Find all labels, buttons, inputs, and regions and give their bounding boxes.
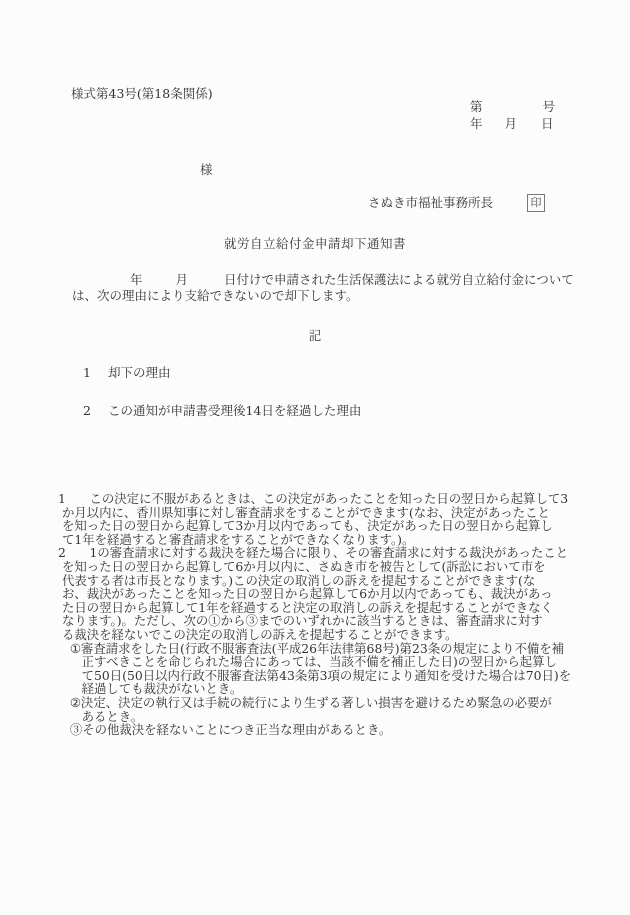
item-label: 却下の理由 bbox=[108, 365, 171, 380]
seal-stamp-box: 印 bbox=[527, 194, 545, 212]
document-number-line: 第 号 bbox=[470, 100, 555, 114]
document-number-blank bbox=[483, 100, 543, 114]
body-paragraph-line1: 年 月 日付けで申請された生活保護法による就労自立給付金について bbox=[130, 273, 574, 287]
body-year-blank bbox=[143, 273, 176, 287]
notice-delay-reason-item: 2この通知が申請書受理後14日を経過した理由 bbox=[83, 404, 361, 418]
issuer-title: さぬき市福祉事務所長 bbox=[368, 196, 493, 210]
item-number: 1 bbox=[83, 366, 108, 380]
appeal-instructions-notes: 1 この決定に不服があるときは、この決定があったことを知った日の翌日から起算して… bbox=[58, 492, 624, 737]
issue-date-line: 年 月 日 bbox=[470, 117, 554, 131]
record-marker: 記 bbox=[0, 329, 630, 343]
rejection-reason-item: 1却下の理由 bbox=[83, 366, 171, 380]
body-paragraph-line2: は、次の理由により支給できないので却下します。 bbox=[72, 289, 359, 303]
document-number-suffix: 号 bbox=[543, 100, 556, 114]
document-number-prefix: 第 bbox=[470, 100, 483, 114]
month-label: 月 bbox=[505, 117, 518, 131]
day-label: 日 bbox=[541, 117, 554, 131]
month-blank bbox=[517, 117, 541, 131]
body-month-label: 月 bbox=[176, 273, 189, 287]
year-blank bbox=[483, 117, 505, 131]
body-month-blank bbox=[188, 273, 224, 287]
year-label: 年 bbox=[470, 117, 483, 131]
body-line1-text: 日付けで申請された生活保護法による就労自立給付金について bbox=[224, 273, 574, 287]
form-number: 様式第43号(第18条関係) bbox=[71, 87, 213, 101]
item-label: この通知が申請書受理後14日を経過した理由 bbox=[108, 403, 361, 418]
document-page: 様式第43号(第18条関係) 第 号 年 月 日 様 さぬき市福祉事務所長 印 … bbox=[0, 0, 630, 915]
document-title: 就労自立給付金申請却下通知書 bbox=[0, 237, 630, 251]
body-year-label: 年 bbox=[130, 273, 143, 287]
item-number: 2 bbox=[83, 404, 108, 418]
addressee-honorific: 様 bbox=[200, 163, 213, 177]
